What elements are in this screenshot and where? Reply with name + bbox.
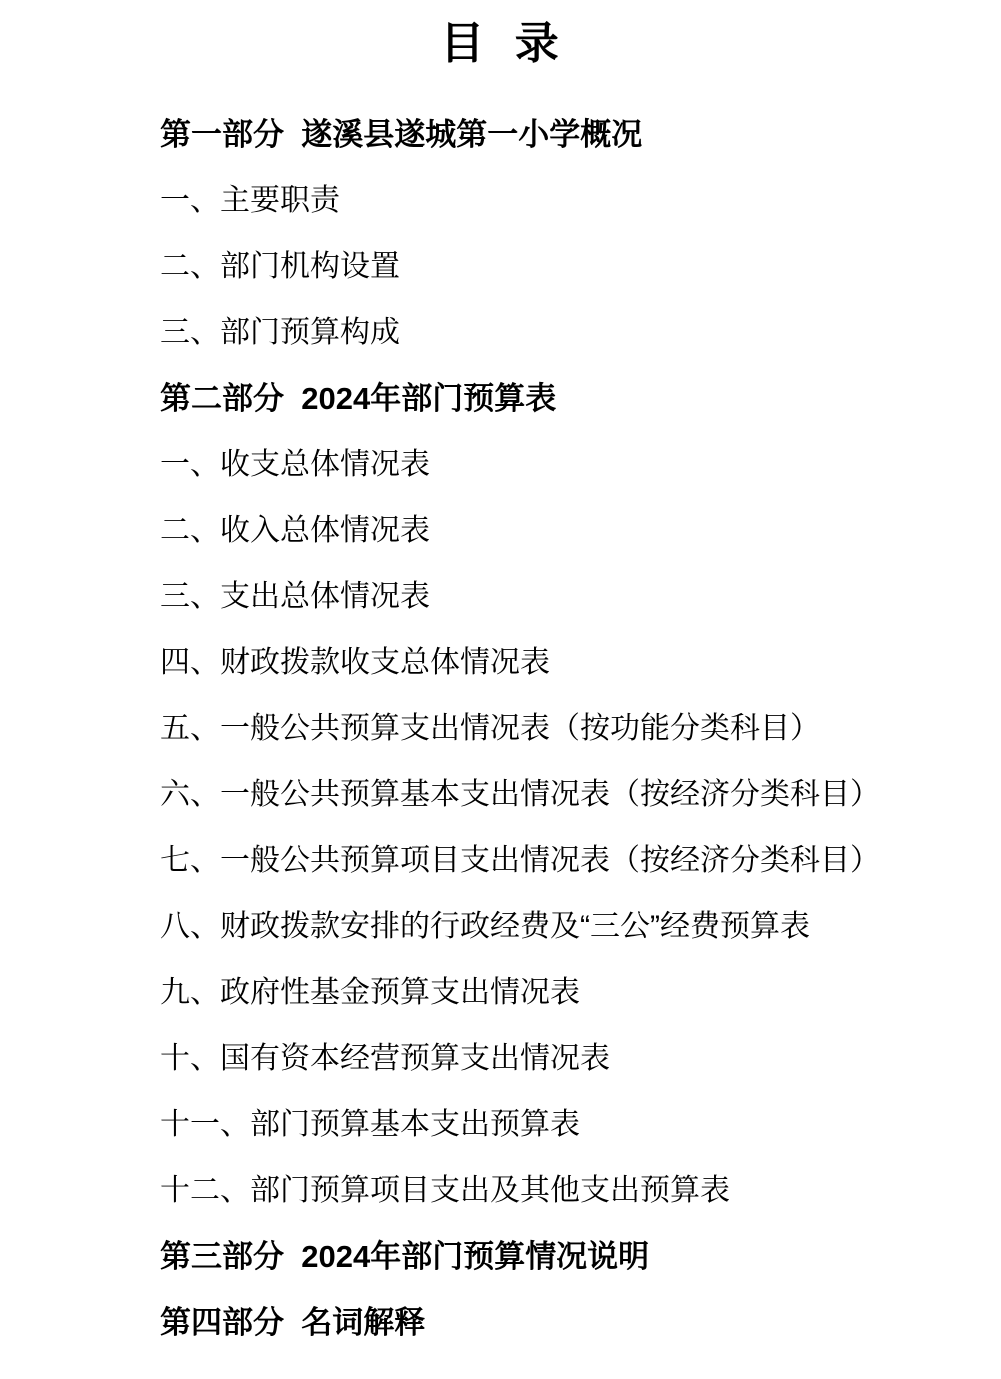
toc-list: 第一部分 遂溪县遂城第一小学概况一、主要职责二、部门机构设置三、部门预算构成第二… [160,98,941,1352]
document-page: 目 录 第一部分 遂溪县遂城第一小学概况一、主要职责二、部门机构设置三、部门预算… [0,0,1001,1379]
toc-entry: 六、一般公共预算基本支出情况表（按经济分类科目） [160,758,941,824]
toc-section-heading: 第四部分 名词解释 [160,1286,941,1352]
toc-entry: 五、一般公共预算支出情况表（按功能分类科目） [160,692,941,758]
toc-entry: 四、财政拨款收支总体情况表 [160,626,941,692]
toc-entry: 一、主要职责 [160,164,941,230]
toc-section-heading: 第二部分 2024年部门预算表 [160,362,941,428]
toc-entry: 九、政府性基金预算支出情况表 [160,956,941,1022]
toc-entry: 十一、部门预算基本支出预算表 [160,1088,941,1154]
toc-entry: 一、收支总体情况表 [160,428,941,494]
toc-entry: 八、财政拨款安排的行政经费及“三公”经费预算表 [160,890,941,956]
toc-entry: 七、一般公共预算项目支出情况表（按经济分类科目） [160,824,941,890]
toc-section-heading: 第一部分 遂溪县遂城第一小学概况 [160,98,941,164]
toc-entry: 二、部门机构设置 [160,230,941,296]
page-title: 目 录 [0,16,1001,72]
toc-entry: 三、支出总体情况表 [160,560,941,626]
toc-entry: 十、国有资本经营预算支出情况表 [160,1022,941,1088]
toc-entry: 十二、部门预算项目支出及其他支出预算表 [160,1154,941,1220]
toc-section-heading: 第三部分 2024年部门预算情况说明 [160,1220,941,1286]
toc-entry: 二、收入总体情况表 [160,494,941,560]
toc-entry: 三、部门预算构成 [160,296,941,362]
